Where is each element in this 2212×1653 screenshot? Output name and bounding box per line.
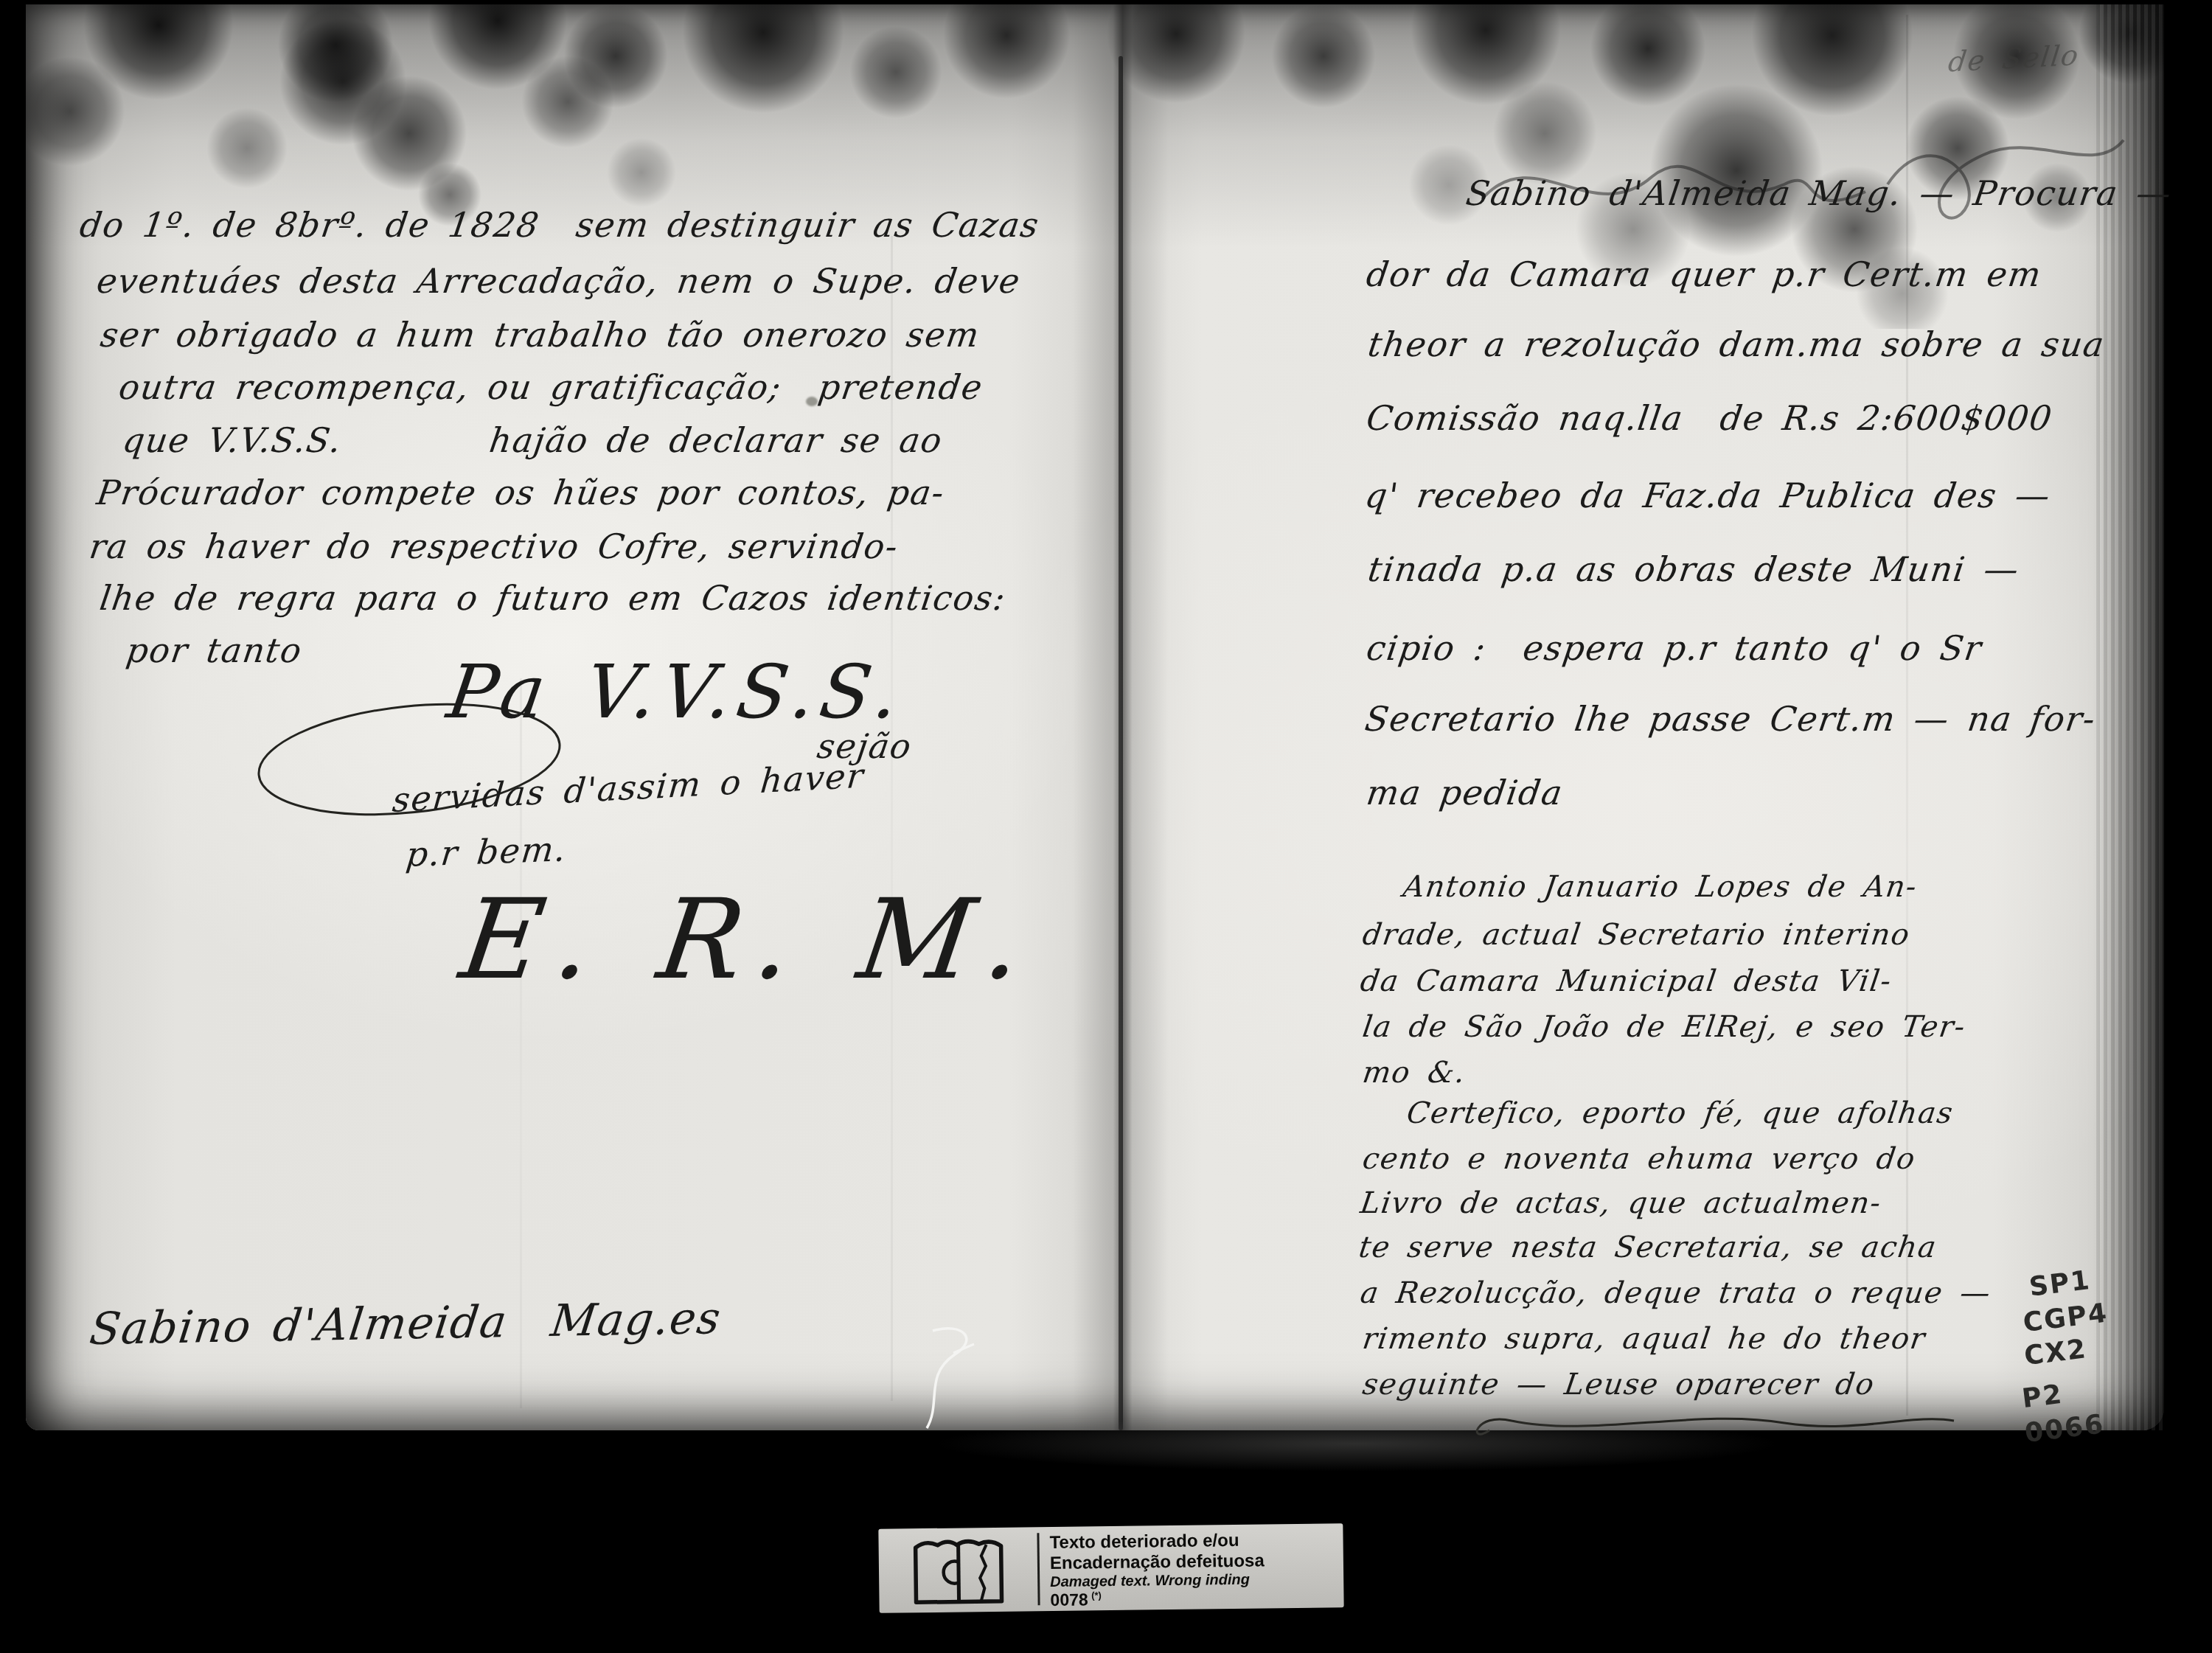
- manuscript-line: do 1º. de 8brº. de 1828 sem destinguir a…: [77, 205, 1042, 245]
- label-title-pt-1: Texto deteriorado e/ou: [1049, 1531, 1239, 1553]
- label-footnote-marker: (*): [1091, 1590, 1102, 1601]
- manuscript-line: ser obrigado a hum trabalho tão onerozo …: [98, 315, 982, 355]
- manuscript-line: ma pedida: [1364, 773, 1565, 812]
- manuscript-line: eventuáes desta Arrecadação, nem o Supe.…: [94, 261, 1023, 301]
- manuscript-line: Comissão naq.lla de R.s 2:600$000: [1364, 398, 2055, 438]
- manuscript-line: Sabino d'Almeida Mag. — Procura —: [1464, 173, 2174, 213]
- label-title-pt-2: Encadernação defeituosa: [1050, 1551, 1265, 1574]
- ink-smudge: [806, 397, 818, 406]
- manuscript-line: dor da Camara quer p.r Cert.m em: [1364, 254, 2045, 294]
- closing-flourish: [1460, 1405, 1961, 1449]
- manuscript-line: mo &.: [1360, 1056, 1468, 1090]
- damage-label: Texto deteriorado e/ou Encadernação defe…: [878, 1523, 1343, 1613]
- margin-annotations: SP1 CGP4 CX2 P2 0066: [2017, 1264, 2121, 1424]
- page-gutter: [1073, 4, 1169, 1430]
- petition-lead: Pa V.V.S.S.: [442, 649, 910, 735]
- manuscript-line: la de São João de ElRej, e seo Ter-: [1360, 1010, 1968, 1044]
- manuscript-line: Livro de actas, que actualmen-: [1358, 1186, 1884, 1220]
- label-divider: [1037, 1533, 1040, 1605]
- manuscript-line: Antonio Januario Lopes de An-: [1401, 870, 1919, 904]
- label-title-en: Damaged text. Wrong inding: [1050, 1572, 1250, 1591]
- closing-initials: E. R. M.: [453, 876, 1044, 1004]
- manuscript-line: tinada p.a as obras deste Muni —: [1366, 549, 2022, 589]
- manuscript-line: a Rezolucção, deque trata o reque —: [1358, 1276, 1993, 1310]
- manuscript-line: rimento supra, aqual he do theor: [1360, 1322, 1928, 1356]
- manuscript-line: drade, actual Secretario interino: [1360, 918, 1913, 952]
- archival-scan: { "colors": { "background": "#000000", "…: [0, 0, 2212, 1653]
- margin-annotation: CX2: [2023, 1332, 2111, 1372]
- margin-annotation: 0066: [2023, 1408, 2112, 1449]
- manuscript-line: lhe de regra para o futuro em Cazos iden…: [97, 578, 1009, 618]
- petition-line: p.r bem.: [404, 829, 568, 874]
- manuscript-line: Prócurador compete os hũes por contos, p…: [94, 473, 947, 512]
- manuscript-line: por tanto: [124, 630, 305, 670]
- manuscript-line: theor a rezolução dam.ma sobre a sua: [1366, 324, 2107, 364]
- manuscript-line: da Camara Municipal desta Vil-: [1358, 964, 1894, 998]
- label-number-row: 0078 (*): [1050, 1590, 1102, 1610]
- manuscript-line: que V.V.S.S. hajão de declarar se ao: [120, 420, 945, 460]
- damaged-book-icon: [909, 1537, 1007, 1606]
- manuscript-line: cipio : espera p.r tanto q' o Sr: [1364, 628, 1985, 668]
- manuscript-line: te serve nesta Secretaria, se acha: [1357, 1231, 1939, 1264]
- manuscript-line: cento e noventa ehuma verço do: [1360, 1142, 1918, 1176]
- manuscript-line: q' recebeo da Faz.da Publica des —: [1363, 476, 2053, 515]
- manuscript-line: outra recompença, ou gratificação; prete…: [116, 367, 986, 407]
- manuscript-line: Certefico, eporto fé, que afolhas: [1405, 1096, 1955, 1130]
- manuscript-line: Secretario lhe passe Cert.m — na for-: [1363, 699, 2098, 739]
- margin-annotation: P2: [2020, 1374, 2109, 1414]
- fold-line: [1119, 56, 1123, 1430]
- header-flourish: [1475, 96, 2138, 243]
- label-number: 0078: [1050, 1590, 1088, 1609]
- manuscript-line: ra os haver do respectivo Cofre, servind…: [87, 526, 901, 566]
- paper-fibre: [911, 1323, 999, 1441]
- manuscript-line: seguinte — Leuse oparecer do: [1360, 1368, 1877, 1402]
